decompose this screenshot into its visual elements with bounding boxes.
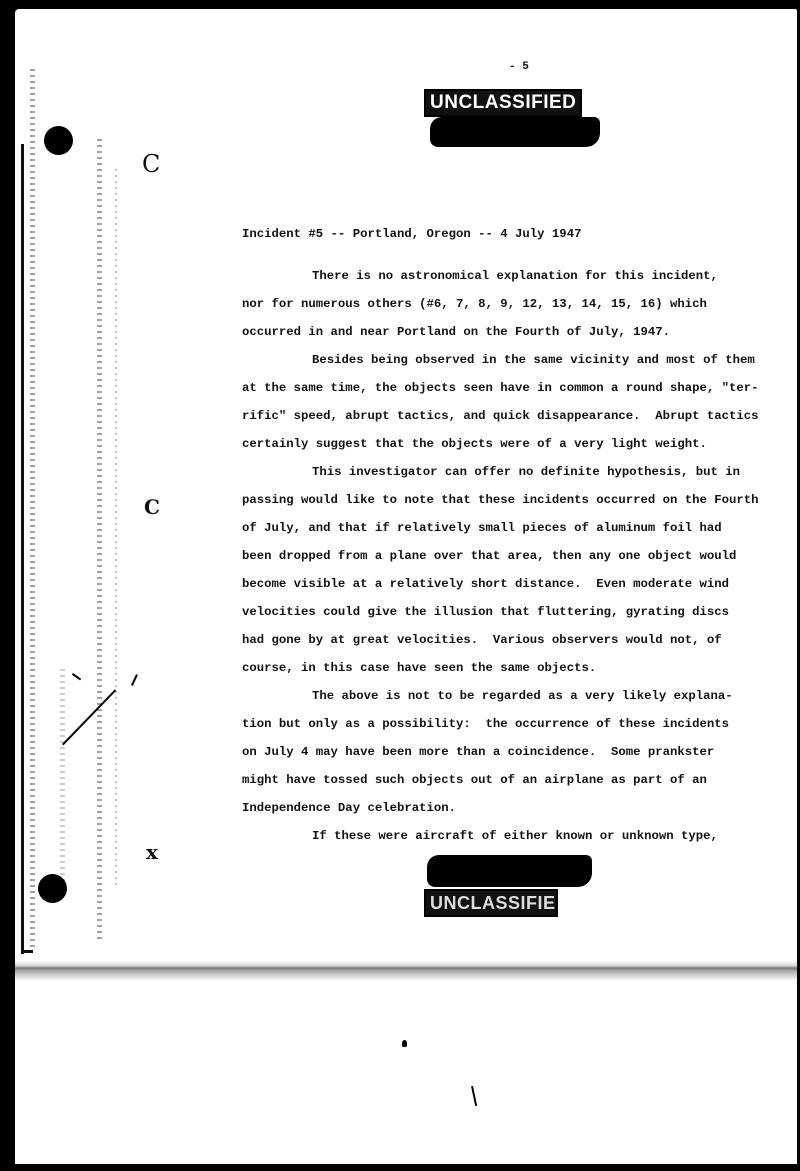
paragraph: This investigator can offer no definite … [242,458,762,682]
paragraph: Besides being observed in the same vicin… [242,346,762,458]
text-line: might have tossed such objects out of an… [242,766,762,794]
redaction-bar-bottom [427,855,592,887]
document-page: C C x - 5 UNCLASSIFIED Incident #5 -- Po… [15,9,797,1164]
lower-sheet [15,981,797,1164]
text-line: nor for numerous others (#6, 7, 8, 9, 12… [242,290,762,318]
text-line: occurred in and near Portland on the Fou… [242,318,762,346]
text-line: had gone by at great velocities. Various… [242,626,762,654]
text-line: Independence Day celebration. [242,794,762,822]
page-number-mark: - 5 [509,61,529,73]
paragraph: There is no astronomical explanation for… [242,262,762,346]
text-line: course, in this case have seen the same … [242,654,762,682]
paragraph: If these were aircraft of either known o… [242,822,762,850]
memo-body: Incident #5 -- Portland, Oregon -- 4 Jul… [242,220,762,850]
punch-hole-bottom [38,874,67,903]
redaction-bar-top [430,117,600,147]
text-line: certainly suggest that the objects were … [242,430,762,458]
binding-rule [21,144,24,954]
ink-blot [402,1040,407,1047]
page-fold-shadow [15,947,797,981]
margin-bracket-mark: C [144,495,160,519]
incident-title: Incident #5 -- Portland, Oregon -- 4 Jul… [242,220,762,248]
margin-binding-mark: x [146,840,158,864]
scan-noise-column [30,69,35,949]
scan-noise-column [115,169,117,889]
pencil-stroke [62,689,116,745]
text-line: If these were aircraft of either known o… [242,822,762,850]
binding-rule-foot [21,950,33,953]
text-line: The above is not to be regarded as a ver… [242,682,762,710]
text-line: This investigator can offer no definite … [242,458,762,486]
text-line: tion but only as a possibility: the occu… [242,710,762,738]
paragraph: The above is not to be regarded as a ver… [242,682,762,822]
punch-hole-top [44,126,73,155]
text-line: rific" speed, abrupt tactics, and quick … [242,402,762,430]
text-line: passing would like to note that these in… [242,486,762,514]
classification-stamp-bottom: UNCLASSIFIED [424,889,558,917]
margin-bracket-mark: C [142,150,160,178]
scan-noise-column [97,139,102,939]
text-line: become visible at a relatively short dis… [242,570,762,598]
text-line: of July, and that if relatively small pi… [242,514,762,542]
pencil-stroke [131,674,138,686]
pencil-stroke [72,673,81,680]
text-line: There is no astronomical explanation for… [242,262,762,290]
text-line: velocities could give the illusion that … [242,598,762,626]
text-line: at the same time, the objects seen have … [242,374,762,402]
scan-noise-column [60,669,65,889]
text-line: on July 4 may have been more than a coin… [242,738,762,766]
text-line: been dropped from a plane over that area… [242,542,762,570]
classification-stamp-top: UNCLASSIFIED [424,89,582,117]
text-line: Besides being observed in the same vicin… [242,346,762,374]
